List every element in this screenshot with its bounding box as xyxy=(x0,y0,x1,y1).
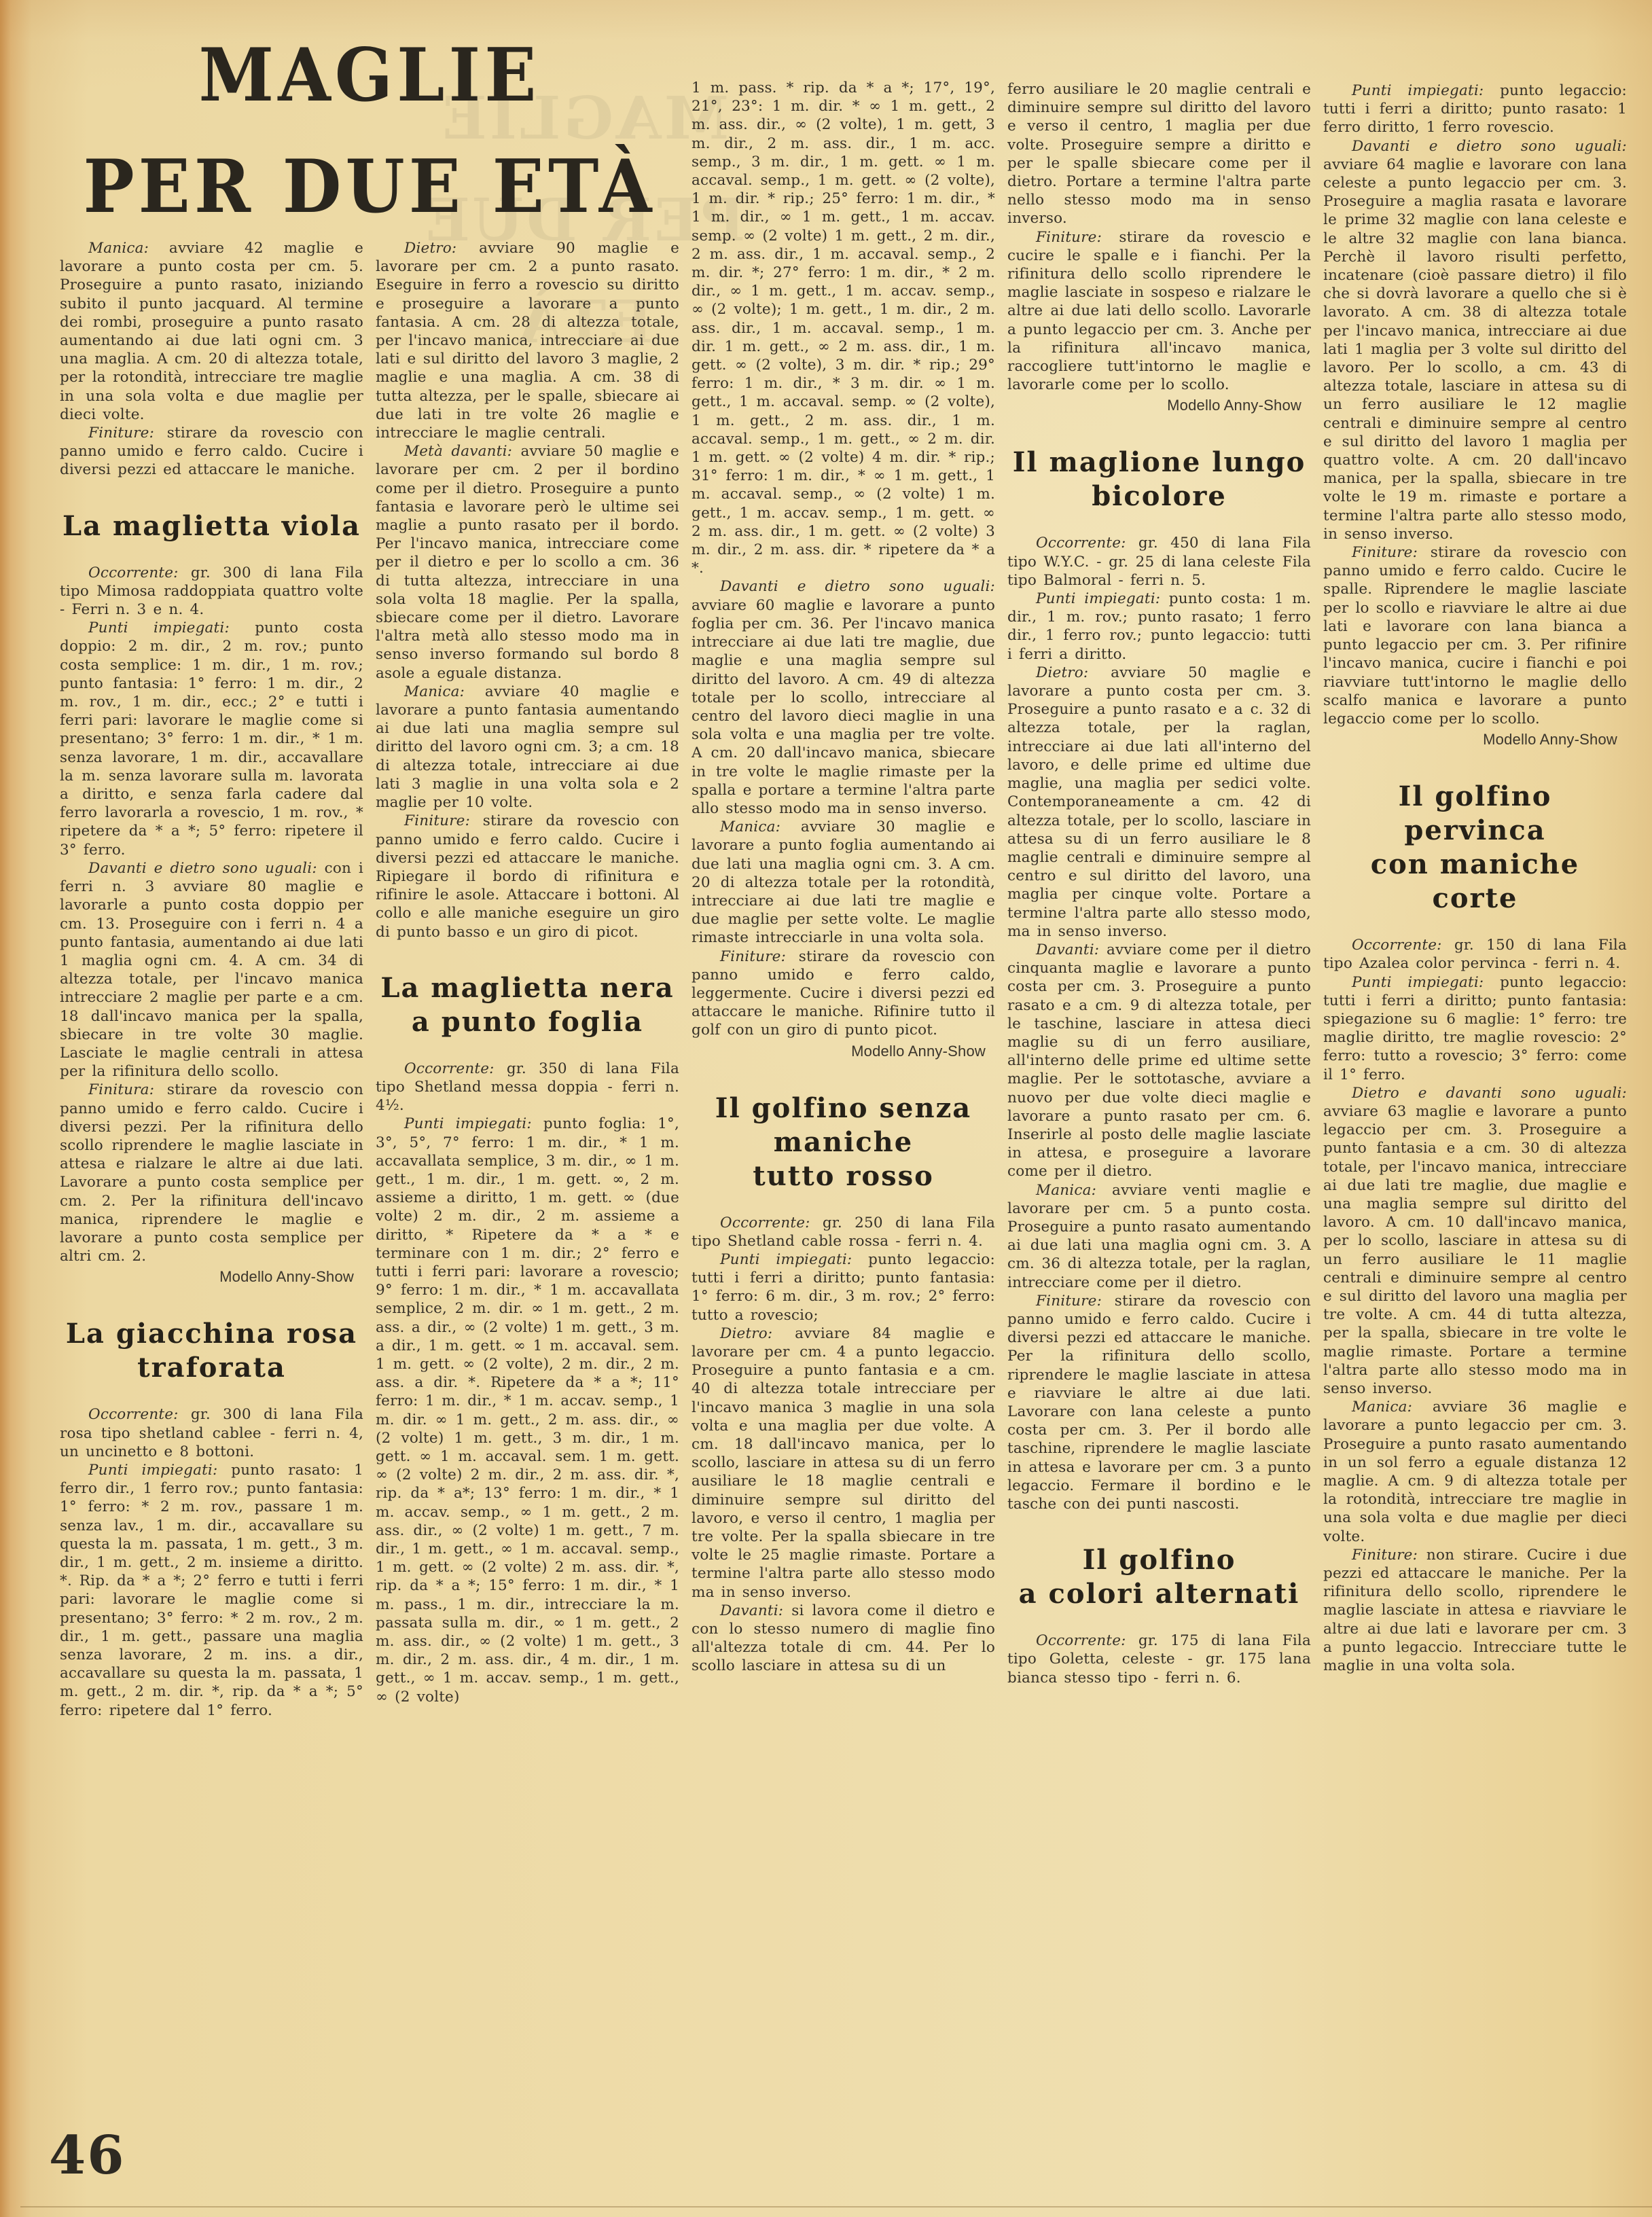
paragraph-text: punto foglia: 1°, 3°, 5°, 7° ferro: 1 m.… xyxy=(376,1115,679,1705)
heading-line: con maniche corte xyxy=(1323,848,1627,916)
heading-line: La maglietta nera xyxy=(376,971,679,1005)
pattern-paragraph: Finitura: stirare da rovescio con panno … xyxy=(60,1081,363,1265)
pattern-paragraph: Occorrente: gr. 250 di lana Fila tipo Sh… xyxy=(692,1214,995,1250)
pattern-paragraph: Metà davanti: avviare 50 maglie e lavora… xyxy=(376,442,679,683)
paragraph-lead: Dietro e davanti sono uguali: xyxy=(1352,1085,1627,1102)
text-column-3: 1 m. pass. * rip. da * a *; 17°, 19°, 21… xyxy=(692,0,995,2217)
pattern-paragraph: ferro ausiliare le 20 maglie centrali e … xyxy=(1007,80,1311,228)
paragraph-lead: Occorrente: xyxy=(720,1214,810,1231)
paragraph-lead: Finiture: xyxy=(1352,1547,1418,1564)
pattern-paragraph: Occorrente: gr. 150 di lana Fila tipo Az… xyxy=(1323,936,1627,973)
paragraph-text: avviare 42 maglie e lavorare a punto cos… xyxy=(60,240,363,423)
paragraph-text: stirare da rovescio e cucire le spalle e… xyxy=(1007,229,1311,394)
paragraph-lead: Finiture: xyxy=(1352,544,1418,561)
paragraph-text: non stirare. Cucire i due pezzi ed attac… xyxy=(1323,1547,1627,1674)
paragraph-lead: Punti impiegati: xyxy=(1352,974,1484,991)
paragraph-text: stirare da rovescio con panno umido e fe… xyxy=(1323,544,1627,727)
pattern-paragraph: 1 m. pass. * rip. da * a *; 17°, 19°, 21… xyxy=(692,79,995,577)
paragraph-text: stirare da rovescio con panno umido e fe… xyxy=(376,812,679,940)
paragraph-text: stirare da rovescio con panno umido e fe… xyxy=(60,1081,363,1265)
pattern-paragraph: Finiture: stirare da rovescio e cucire l… xyxy=(1007,228,1311,395)
paragraph-lead: Occorrente: xyxy=(1352,937,1442,954)
pattern-paragraph: Punti impiegati: punto costa: 1 m. dir.,… xyxy=(1007,590,1311,664)
section-heading: La giacchina rosatraforata xyxy=(60,1317,363,1385)
paragraph-lead: Punti impiegati: xyxy=(88,619,230,636)
pattern-paragraph: Manica: avviare 40 maglie e lavorare a p… xyxy=(376,683,679,812)
paragraph-lead: Finiture: xyxy=(720,948,786,965)
pattern-paragraph: Finiture: stirare da rovescio con panno … xyxy=(692,948,995,1040)
pattern-paragraph: Dietro: avviare 50 maglie e lavorare a p… xyxy=(1007,664,1311,941)
paragraph-lead: Punti impiegati: xyxy=(1352,82,1484,99)
heading-line: La maglietta viola xyxy=(60,509,363,543)
section-heading: Il golfinoa colori alternati xyxy=(1007,1543,1311,1611)
pattern-paragraph: Davanti: si lavora come il dietro e con … xyxy=(692,1602,995,1676)
pattern-paragraph: Davanti e dietro sono uguali: con i ferr… xyxy=(60,859,363,1081)
paragraph-text: con i ferri n. 3 avviare 80 maglie e lav… xyxy=(60,860,363,1080)
paragraph-lead: Manica: xyxy=(1036,1182,1096,1199)
paragraph-lead: Davanti: xyxy=(1036,941,1099,958)
paragraph-text: avviare 50 maglie e lavorare per cm. 2 p… xyxy=(376,443,679,681)
paragraph-lead: Finitura: xyxy=(88,1081,154,1098)
pattern-paragraph: Occorrente: gr. 350 di lana Fila tipo Sh… xyxy=(376,1060,679,1115)
model-credit: Modello Anny-Show xyxy=(60,1267,363,1287)
paragraph-lead: Manica: xyxy=(88,240,149,257)
paragraph-lead: Manica: xyxy=(720,818,780,835)
paragraph-text: punto rasato: 1 ferro dir., 1 ferro rov.… xyxy=(60,1462,363,1719)
model-credit: Modello Anny-Show xyxy=(1323,729,1627,750)
paragraph-lead: Davanti e dietro sono uguali: xyxy=(1352,138,1627,155)
text-column-1: Manica: avviare 42 maglie e lavorare a p… xyxy=(60,0,363,2217)
paragraph-text: ferro ausiliare le 20 maglie centrali e … xyxy=(1007,81,1311,227)
paragraph-lead: Occorrente: xyxy=(88,564,179,581)
section-heading: Il maglione lungobicolore xyxy=(1007,446,1311,513)
paragraph-text: avviare 84 maglie e lavorare per cm. 4 a… xyxy=(692,1325,995,1601)
pattern-paragraph: Dietro: avviare 84 maglie e lavorare per… xyxy=(692,1324,995,1602)
pattern-paragraph: Davanti e dietro sono uguali: avviare 60… xyxy=(692,577,995,818)
paragraph-text: avviare 36 maglie e lavorare a punto leg… xyxy=(1323,1399,1627,1545)
paragraph-lead: Occorrente: xyxy=(1036,535,1126,552)
paragraph-text: avviare 50 maglie e lavorare a punto cos… xyxy=(1007,664,1311,940)
paragraph-text: avviare 60 maglie e lavorare a punto fog… xyxy=(692,597,995,817)
paragraph-text: avviare come per il dietro cinquanta mag… xyxy=(1007,941,1311,1180)
paragraph-lead: Metà davanti: xyxy=(404,443,512,460)
heading-line: a punto foglia xyxy=(376,1005,679,1039)
text-column-2: Dietro: avviare 90 maglie e lavorare per… xyxy=(376,0,679,2217)
pattern-paragraph: Manica: avviare venti maglie e lavorare … xyxy=(1007,1181,1311,1292)
pattern-paragraph: Occorrente: gr. 450 di lana Fila tipo W.… xyxy=(1007,534,1311,590)
heading-line: Il golfino senza maniche xyxy=(692,1092,995,1159)
paragraph-text: punto costa doppio: 2 m. dir., 2 m. rov.… xyxy=(60,619,363,858)
magazine-page: MAGLIE PER DUE ETÀ MAGLIE PER DUE ETÀ Ma… xyxy=(0,0,1652,2217)
pattern-paragraph: Davanti: avviare come per il dietro cinq… xyxy=(1007,941,1311,1181)
paragraph-lead: Davanti: xyxy=(720,1602,783,1619)
pattern-paragraph: Dietro: avviare 90 maglie e lavorare per… xyxy=(376,239,679,442)
text-column-4: ferro ausiliare le 20 maglie centrali e … xyxy=(1007,0,1311,2217)
heading-line: tutto rosso xyxy=(692,1159,995,1193)
pattern-paragraph: Punti impiegati: punto rasato: 1 ferro d… xyxy=(60,1461,363,1720)
heading-line: Il golfino xyxy=(1007,1543,1311,1577)
paragraph-lead: Dietro: xyxy=(1036,664,1088,681)
paragraph-lead: Davanti e dietro sono uguali: xyxy=(88,860,317,877)
paragraph-lead: Finiture: xyxy=(88,425,154,441)
pattern-paragraph: Manica: avviare 42 maglie e lavorare a p… xyxy=(60,239,363,424)
paragraph-lead: Occorrente: xyxy=(1036,1632,1126,1649)
paragraph-lead: Finiture: xyxy=(1036,229,1102,246)
paragraph-lead: Finiture: xyxy=(1036,1293,1102,1310)
paragraph-lead: Davanti e dietro sono uguali: xyxy=(720,578,995,595)
pattern-paragraph: Manica: avviare 36 maglie e lavorare a p… xyxy=(1323,1398,1627,1546)
paragraph-text: avviare 63 maglie e lavorare a punto leg… xyxy=(1323,1103,1627,1397)
text-columns: Manica: avviare 42 maglie e lavorare a p… xyxy=(60,0,1630,2217)
pattern-paragraph: Finiture: stirare da rovescio con panno … xyxy=(1323,543,1627,728)
paragraph-text: avviare 64 maglie e lavorare con lana ce… xyxy=(1323,156,1627,543)
paragraph-lead: Occorrente: xyxy=(88,1406,179,1423)
paragraph-lead: Manica: xyxy=(404,683,465,700)
section-heading: La maglietta viola xyxy=(60,509,363,543)
heading-line: traforata xyxy=(60,1351,363,1385)
paragraph-text: avviare 30 maglie e lavorare a punto fog… xyxy=(692,818,995,946)
text-column-5: Punti impiegati: punto legaccio: tutti i… xyxy=(1323,0,1627,2217)
model-credit: Modello Anny-Show xyxy=(692,1041,995,1062)
paragraph-text: 1 m. pass. * rip. da * a *; 17°, 19°, 21… xyxy=(692,79,995,577)
pattern-paragraph: Finiture: stirare da rovescio con panno … xyxy=(376,812,679,941)
paragraph-lead: Dietro: xyxy=(404,240,456,257)
section-heading: Il golfino senza manichetutto rosso xyxy=(692,1092,995,1193)
heading-line: La giacchina rosa xyxy=(60,1317,363,1351)
section-heading: La maglietta neraa punto foglia xyxy=(376,971,679,1039)
section-heading: Il golfino pervincacon maniche corte xyxy=(1323,780,1627,916)
paragraph-lead: Manica: xyxy=(1352,1399,1412,1416)
bottom-edge-rule xyxy=(20,2206,1652,2207)
paragraph-lead: Punti impiegati: xyxy=(1036,590,1160,607)
paragraph-lead: Punti impiegati: xyxy=(88,1462,217,1479)
heading-line: a colori alternati xyxy=(1007,1577,1311,1611)
paragraph-text: stirare da rovescio con panno umido e fe… xyxy=(1007,1293,1311,1513)
paragraph-lead: Punti impiegati: xyxy=(720,1251,852,1268)
pattern-paragraph: Punti impiegati: punto costa doppio: 2 m… xyxy=(60,619,363,859)
paragraph-text: avviare 90 maglie e lavorare per cm. 2 a… xyxy=(376,240,679,441)
pattern-paragraph: Finiture: stirare da rovescio con panno … xyxy=(60,424,363,480)
paragraph-lead: Finiture: xyxy=(404,812,470,829)
pattern-paragraph: Punti impiegati: punto foglia: 1°, 3°, 5… xyxy=(376,1115,679,1706)
page-number: 46 xyxy=(49,2125,126,2186)
pattern-paragraph: Manica: avviare 30 maglie e lavorare a p… xyxy=(692,818,995,947)
paragraph-lead: Occorrente: xyxy=(404,1060,495,1077)
pattern-paragraph: Finiture: stirare da rovescio con panno … xyxy=(1007,1292,1311,1513)
heading-line: Il maglione lungo xyxy=(1007,446,1311,480)
pattern-paragraph: Occorrente: gr. 175 di lana Fila tipo Go… xyxy=(1007,1632,1311,1687)
heading-line: Il golfino pervinca xyxy=(1323,780,1627,848)
pattern-paragraph: Occorrente: gr. 300 di lana Fila tipo Mi… xyxy=(60,564,363,619)
pattern-paragraph: Davanti e dietro sono uguali: avviare 64… xyxy=(1323,137,1627,543)
paragraph-lead: Punti impiegati: xyxy=(404,1115,532,1132)
pattern-paragraph: Finiture: non stirare. Cucire i due pezz… xyxy=(1323,1546,1627,1675)
paragraph-text: avviare 40 maglie e lavorare a punto fan… xyxy=(376,683,679,811)
pattern-paragraph: Punti impiegati: punto legaccio: tutti i… xyxy=(692,1250,995,1324)
pattern-paragraph: Punti impiegati: punto legaccio: tutti i… xyxy=(1323,973,1627,1084)
pattern-paragraph: Dietro e davanti sono uguali: avviare 63… xyxy=(1323,1084,1627,1398)
model-credit: Modello Anny-Show xyxy=(1007,395,1311,416)
pattern-paragraph: Punti impiegati: punto legaccio: tutti i… xyxy=(1323,82,1627,137)
heading-line: bicolore xyxy=(1007,480,1311,513)
pattern-paragraph: Occorrente: gr. 300 di lana Fila rosa ti… xyxy=(60,1405,363,1461)
paragraph-lead: Dietro: xyxy=(720,1325,772,1342)
